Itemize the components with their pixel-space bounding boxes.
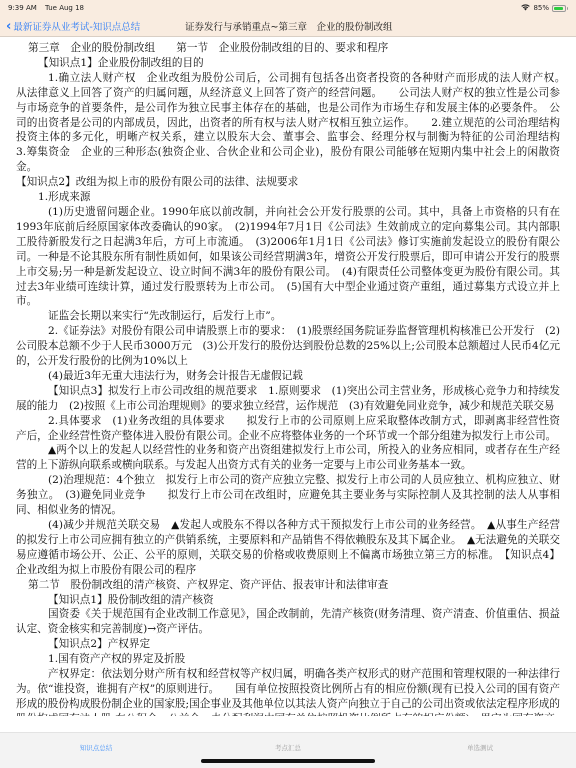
- status-date: Tue Aug 18: [45, 4, 84, 12]
- content-paragraph: ▲两个以上的发起人以经营性的业务和资产出资组建拟发行上市公司，所投入的业务应相同…: [16, 443, 560, 473]
- tab-knowledge-summary[interactable]: 知识点总结: [0, 733, 192, 768]
- content-paragraph: 【知识点1】企业股份制改组的目的: [16, 56, 560, 71]
- content-paragraph: 证监会长期以来实行“先改制运行，后发行上市”。: [16, 309, 560, 324]
- document-content[interactable]: 第三章 企业的股份制改组 第一节 企业股份制改组的目的、要求和程序【知识点1】企…: [0, 38, 576, 716]
- content-paragraph: 【知识点1】股份制改组的清产核资: [16, 593, 560, 608]
- status-right: 85%: [521, 4, 566, 13]
- tab-single-choice-test[interactable]: 单选测试: [384, 733, 576, 768]
- tab-label: 单选测试: [467, 743, 493, 768]
- content-paragraph: (2)治理规范：4个独立 拟发行上市公司的资产应独立完整、拟发行上市公司的人员应…: [16, 473, 560, 518]
- content-paragraph: (1)历史遗留问题企业。1990年底以前改制，并向社会公开发行股票的公司。其中，…: [16, 205, 560, 309]
- tab-label: 考点汇总: [275, 743, 301, 768]
- tab-label: 知识点总结: [80, 743, 113, 768]
- home-indicator[interactable]: [201, 759, 375, 763]
- navigation-bar: ‹ 最新证券从业考试-知识点总结 证券发行与承销重点~第三章 企业的股份制改组: [0, 16, 576, 37]
- status-left: 9:39 AM Tue Aug 18: [8, 4, 90, 12]
- content-paragraph: 第二节 股份制改组的清产核资、产权界定、资产评估、报表审计和法律审查: [16, 578, 560, 593]
- content-paragraph: 产权界定：依法划分财产所有权和经营权等产权归属，明确各类产权形式的财产范围和管理…: [16, 667, 560, 716]
- battery-percent: 85%: [533, 4, 549, 12]
- content-paragraph: 【知识点3】拟发行上市公司改组的规范要求 1.原则要求 (1)突出公司主营业务，…: [16, 384, 560, 414]
- back-button-label: 最新证券从业考试-知识点总结: [13, 19, 140, 33]
- content-paragraph: 2.《证券法》对股份有限公司申请股票上市的要求： (1)股票经国务院证券监督管理…: [16, 324, 560, 369]
- page-title: 证券发行与承销重点~第三章 企业的股份制改组: [185, 19, 392, 33]
- battery-icon: [552, 5, 566, 12]
- content-paragraph: (4)减少并规范关联交易 ▲发起人或股东不得以各种方式干预拟发行上市公司的业务经…: [16, 518, 560, 578]
- content-paragraph: (4)最近3年无重大违法行为，财务会计报告无虚假记载: [16, 369, 560, 384]
- back-button[interactable]: ‹ 最新证券从业考试-知识点总结: [0, 19, 140, 33]
- wifi-icon: [521, 4, 530, 13]
- content-paragraph: 1.确立法人财产权 企业改组为股份公司后，公司拥有包括各出资者投资的各种财产而形…: [16, 71, 560, 175]
- chevron-left-icon: ‹: [6, 20, 11, 33]
- status-time: 9:39 AM: [8, 4, 37, 12]
- content-paragraph: 1.形成来源: [16, 190, 560, 205]
- content-bottom-spacer: [0, 716, 576, 732]
- content-paragraph: 【知识点2】改组为拟上市的股份有限公司的法律、法规要求: [16, 175, 560, 190]
- content-paragraph: 国资委《关于规范国有企业改制工作意见》，国企改制前，先清产核资(财务清理、资产清…: [16, 607, 560, 637]
- content-paragraph: 【知识点2】产权界定: [16, 637, 560, 652]
- content-paragraph: 第三章 企业的股份制改组 第一节 企业股份制改组的目的、要求和程序: [16, 41, 560, 56]
- content-paragraph: 2.具体要求 (1)业务改组的具体要求 拟发行上市的公司原则上应采取整体改制方式…: [16, 414, 560, 444]
- status-bar: 9:39 AM Tue Aug 18 85%: [0, 0, 576, 16]
- content-paragraph: 1.国有资产产权的界定及折股: [16, 652, 560, 667]
